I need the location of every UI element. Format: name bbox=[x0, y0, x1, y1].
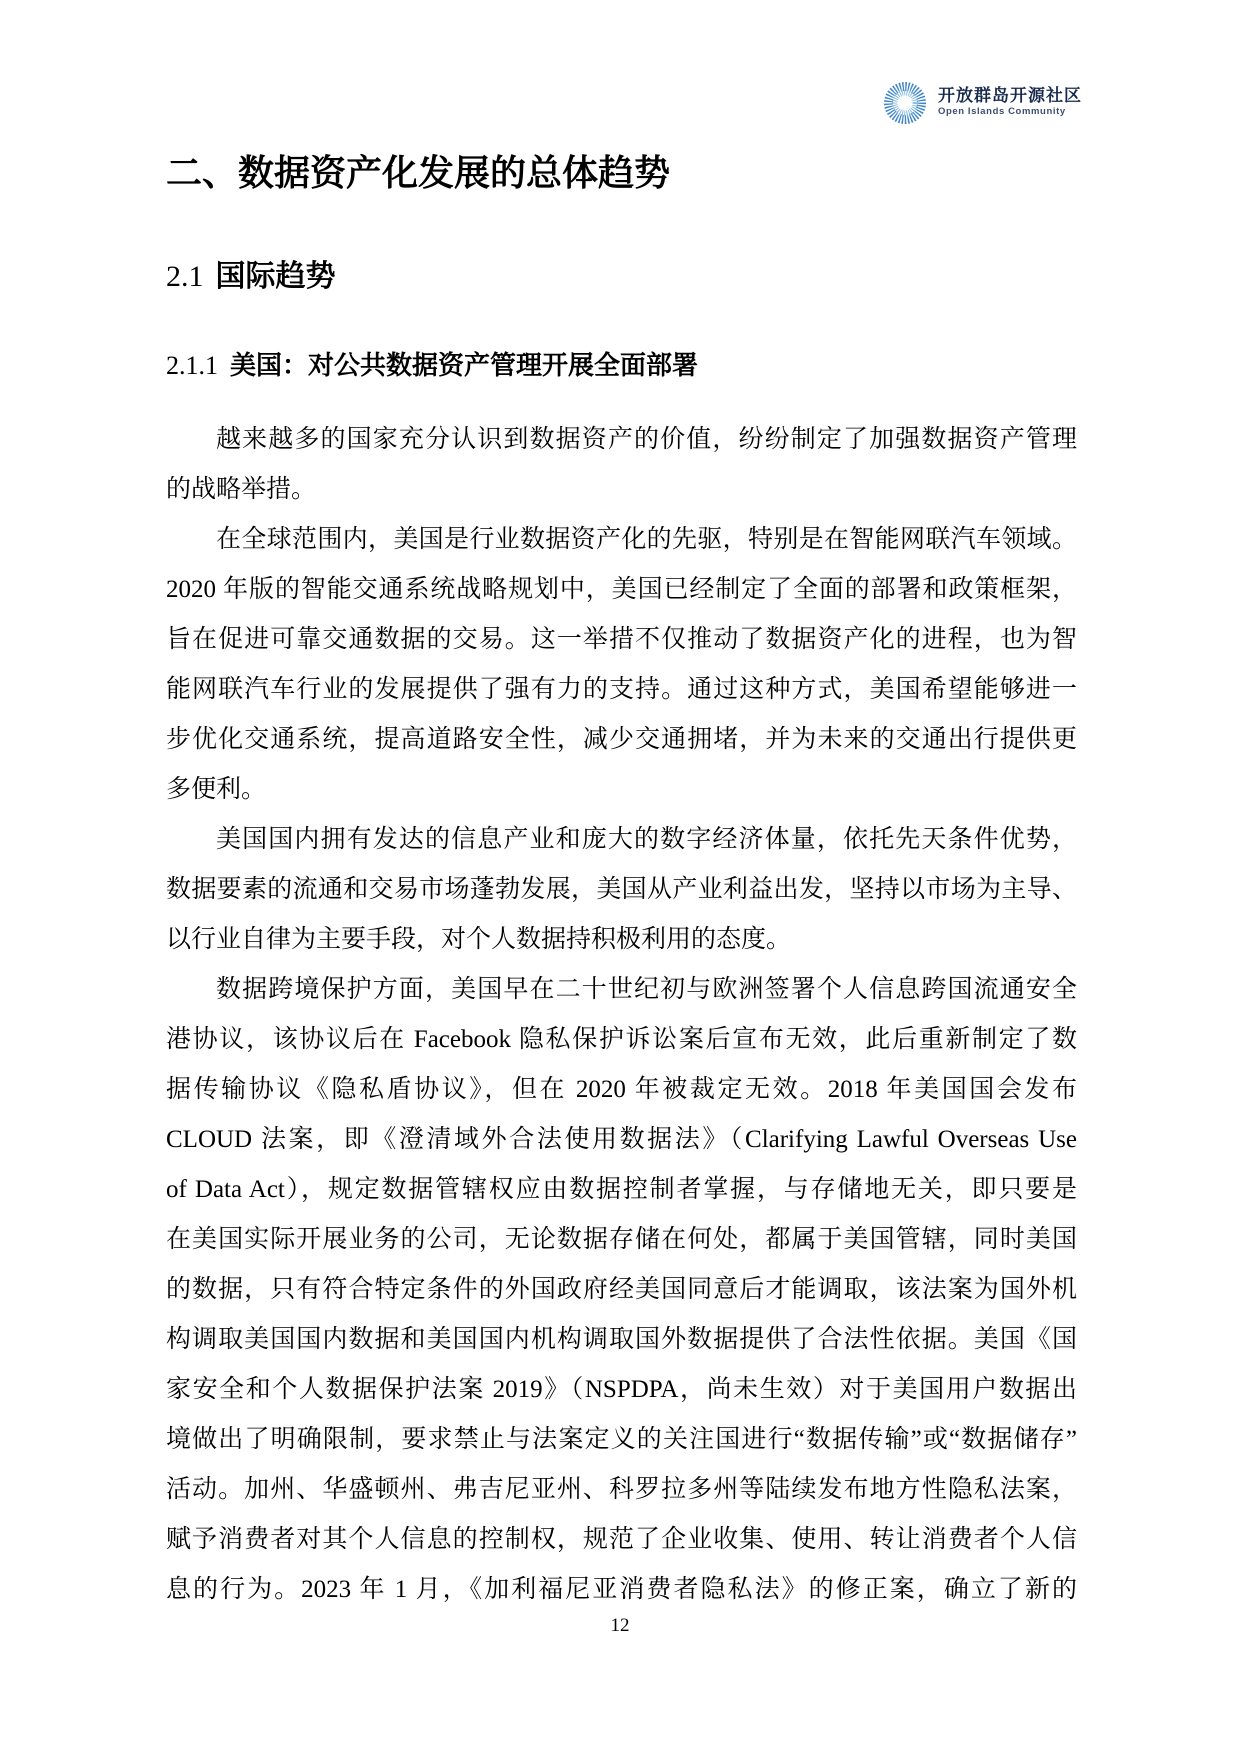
paragraph-line: 的战略举措。 bbox=[166, 465, 1077, 515]
paragraph-line: 多便利。 bbox=[166, 765, 1077, 815]
paragraph-line: 数据跨境保护方面，美国早在二十世纪初与欧洲签署个人信息跨国流通安全 bbox=[166, 965, 1077, 1015]
paragraph-line: 据传输协议《隐私盾协议》，但在 2020 年被裁定无效。2018 年美国国会发布 bbox=[166, 1065, 1077, 1115]
document-page: 开放群岛开源社区 Open Islands Community 二、数据资产化发… bbox=[0, 0, 1240, 1753]
paragraph-line: of Data Act），规定数据管辖权应由数据控制者掌握，与存储地无关，即只要… bbox=[166, 1165, 1077, 1215]
subsubsection-title: 美国：对公共数据资产管理开展全面部署 bbox=[230, 350, 698, 380]
section-heading: 二、数据资产化发展的总体趋势 bbox=[166, 144, 1076, 202]
paragraph-line: 息的行为。2023 年 1 月，《加利福尼亚消费者隐私法》的修正案，确立了新的 bbox=[166, 1565, 1077, 1615]
paragraph-line: 境做出了明确限制，要求禁止与法案定义的关注国进行“数据传输”或“数据储存” bbox=[166, 1415, 1077, 1465]
document-body: 越来越多的国家充分认识到数据资产的价值，纷纷制定了加强数据资产管理的战略举措。在… bbox=[166, 415, 1077, 1615]
logo: 开放群岛开源社区 Open Islands Community bbox=[0, 0, 1240, 128]
paragraph-line: 美国国内拥有发达的信息产业和庞大的数字经济体量，依托先天条件优势， bbox=[166, 815, 1077, 865]
paragraph-line: 在美国实际开展业务的公司，无论数据存储在何处，都属于美国管辖，同时美国 bbox=[166, 1215, 1077, 1265]
paragraph-line: 2020 年版的智能交通系统战略规划中，美国已经制定了全面的部署和政策框架， bbox=[166, 565, 1077, 615]
paragraph-line: 港协议，该协议后在 Facebook 隐私保护诉讼案后宣布无效，此后重新制定了数 bbox=[166, 1015, 1077, 1065]
paragraph-line: 家安全和个人数据保护法案 2019》（NSPDPA，尚未生效）对于美国用户数据出 bbox=[166, 1365, 1077, 1415]
body-paragraph: 越来越多的国家充分认识到数据资产的价值，纷纷制定了加强数据资产管理的战略举措。 bbox=[166, 415, 1077, 515]
paragraph-line: 以行业自律为主要手段，对个人数据持积极利用的态度。 bbox=[166, 915, 1077, 965]
subsection-number: 2.1 bbox=[166, 260, 204, 293]
body-paragraph: 数据跨境保护方面，美国早在二十世纪初与欧洲签署个人信息跨国流通安全港协议，该协议… bbox=[166, 965, 1077, 1615]
paragraph-line: 步优化交通系统，提高道路安全性，减少交通拥堵，并为未来的交通出行提供更 bbox=[166, 715, 1077, 765]
paragraph-line: 能网联汽车行业的发展提供了强有力的支持。通过这种方式，美国希望能够进一 bbox=[166, 665, 1077, 715]
paragraph-line: 在全球范围内，美国是行业数据资产化的先驱，特别是在智能网联汽车领域。 bbox=[166, 515, 1077, 565]
logo-text: 开放群岛开源社区 Open Islands Community bbox=[938, 86, 1082, 118]
subsection-title: 国际趋势 bbox=[216, 260, 336, 293]
subsubsection-number: 2.1.1 bbox=[166, 351, 218, 380]
starburst-icon bbox=[880, 76, 930, 128]
body-paragraph: 在全球范围内，美国是行业数据资产化的先驱，特别是在智能网联汽车领域。2020 年… bbox=[166, 515, 1077, 815]
subsubsection-heading: 2.1.1美国：对公共数据资产管理开展全面部署 bbox=[166, 346, 1076, 385]
paragraph-line: 构调取美国国内数据和美国国内机构调取国外数据提供了合法性依据。美国《国 bbox=[166, 1315, 1077, 1365]
subsection-heading: 2.1国际趋势 bbox=[166, 256, 1076, 298]
paragraph-line: 数据要素的流通和交易市场蓬勃发展，美国从产业利益出发，坚持以市场为主导、 bbox=[166, 865, 1077, 915]
paragraph-line: CLOUD 法案，即《澄清域外合法使用数据法》（Clarifying Lawfu… bbox=[166, 1115, 1077, 1165]
body-paragraph: 美国国内拥有发达的信息产业和庞大的数字经济体量，依托先天条件优势，数据要素的流通… bbox=[166, 815, 1077, 965]
paragraph-line: 赋予消费者对其个人信息的控制权，规范了企业收集、使用、转让消费者个人信 bbox=[166, 1515, 1077, 1565]
logo-title: 开放群岛开源社区 bbox=[938, 86, 1082, 106]
page-number: 12 bbox=[611, 1615, 630, 1636]
paragraph-line: 的数据，只有符合特定条件的外国政府经美国同意后才能调取，该法案为国外机 bbox=[166, 1265, 1077, 1315]
paragraph-line: 旨在促进可靠交通数据的交易。这一举措不仅推动了数据资产化的进程，也为智 bbox=[166, 615, 1077, 665]
page-footer: 12 bbox=[0, 1612, 1240, 1640]
logo-subtitle: Open Islands Community bbox=[938, 106, 1082, 118]
paragraph-line: 越来越多的国家充分认识到数据资产的价值，纷纷制定了加强数据资产管理 bbox=[166, 415, 1077, 465]
paragraph-line: 活动。加州、华盛顿州、弗吉尼亚州、科罗拉多州等陆续发布地方性隐私法案， bbox=[166, 1465, 1077, 1515]
